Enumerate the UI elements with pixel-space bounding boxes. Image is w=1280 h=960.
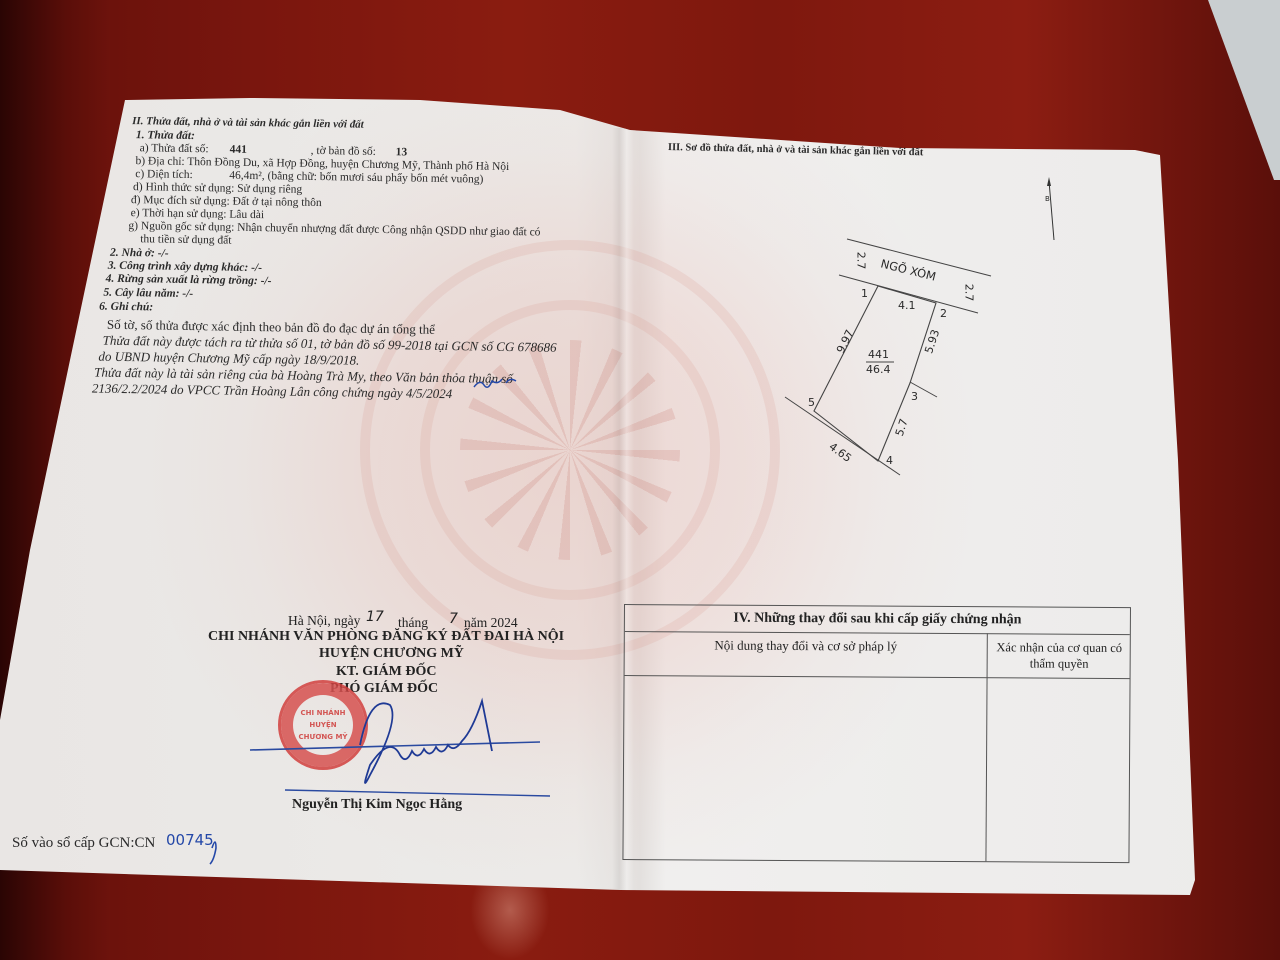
changes-table-header: Nội dung thay đổi và cơ sở pháp lý Xác n…: [625, 631, 1130, 679]
plan-parcel-no: 441: [868, 349, 889, 360]
road-width-left: 2.7: [855, 252, 866, 270]
edge-length-1-2: 4.1: [898, 300, 916, 311]
vertex-label: 5: [808, 397, 815, 408]
vertex-label: 1: [861, 288, 868, 299]
road-width-right: 2.7: [963, 284, 974, 302]
plan-parcel-area: 46.4: [866, 364, 891, 375]
col-header-change-content: Nội dung thay đổi và cơ sở pháp lý: [625, 637, 987, 655]
changes-table: IV. Những thay đổi sau khi cấp giấy chứn…: [622, 604, 1131, 863]
north-label: B: [1045, 196, 1050, 203]
col-header-authority-confirmation: Xác nhận của cơ quan có thẩm quyền: [989, 639, 1130, 672]
vertex-label: 4: [886, 455, 893, 466]
vertex-label: 2: [940, 308, 947, 319]
vertex-label: 3: [911, 391, 918, 402]
column-divider: [985, 633, 987, 861]
